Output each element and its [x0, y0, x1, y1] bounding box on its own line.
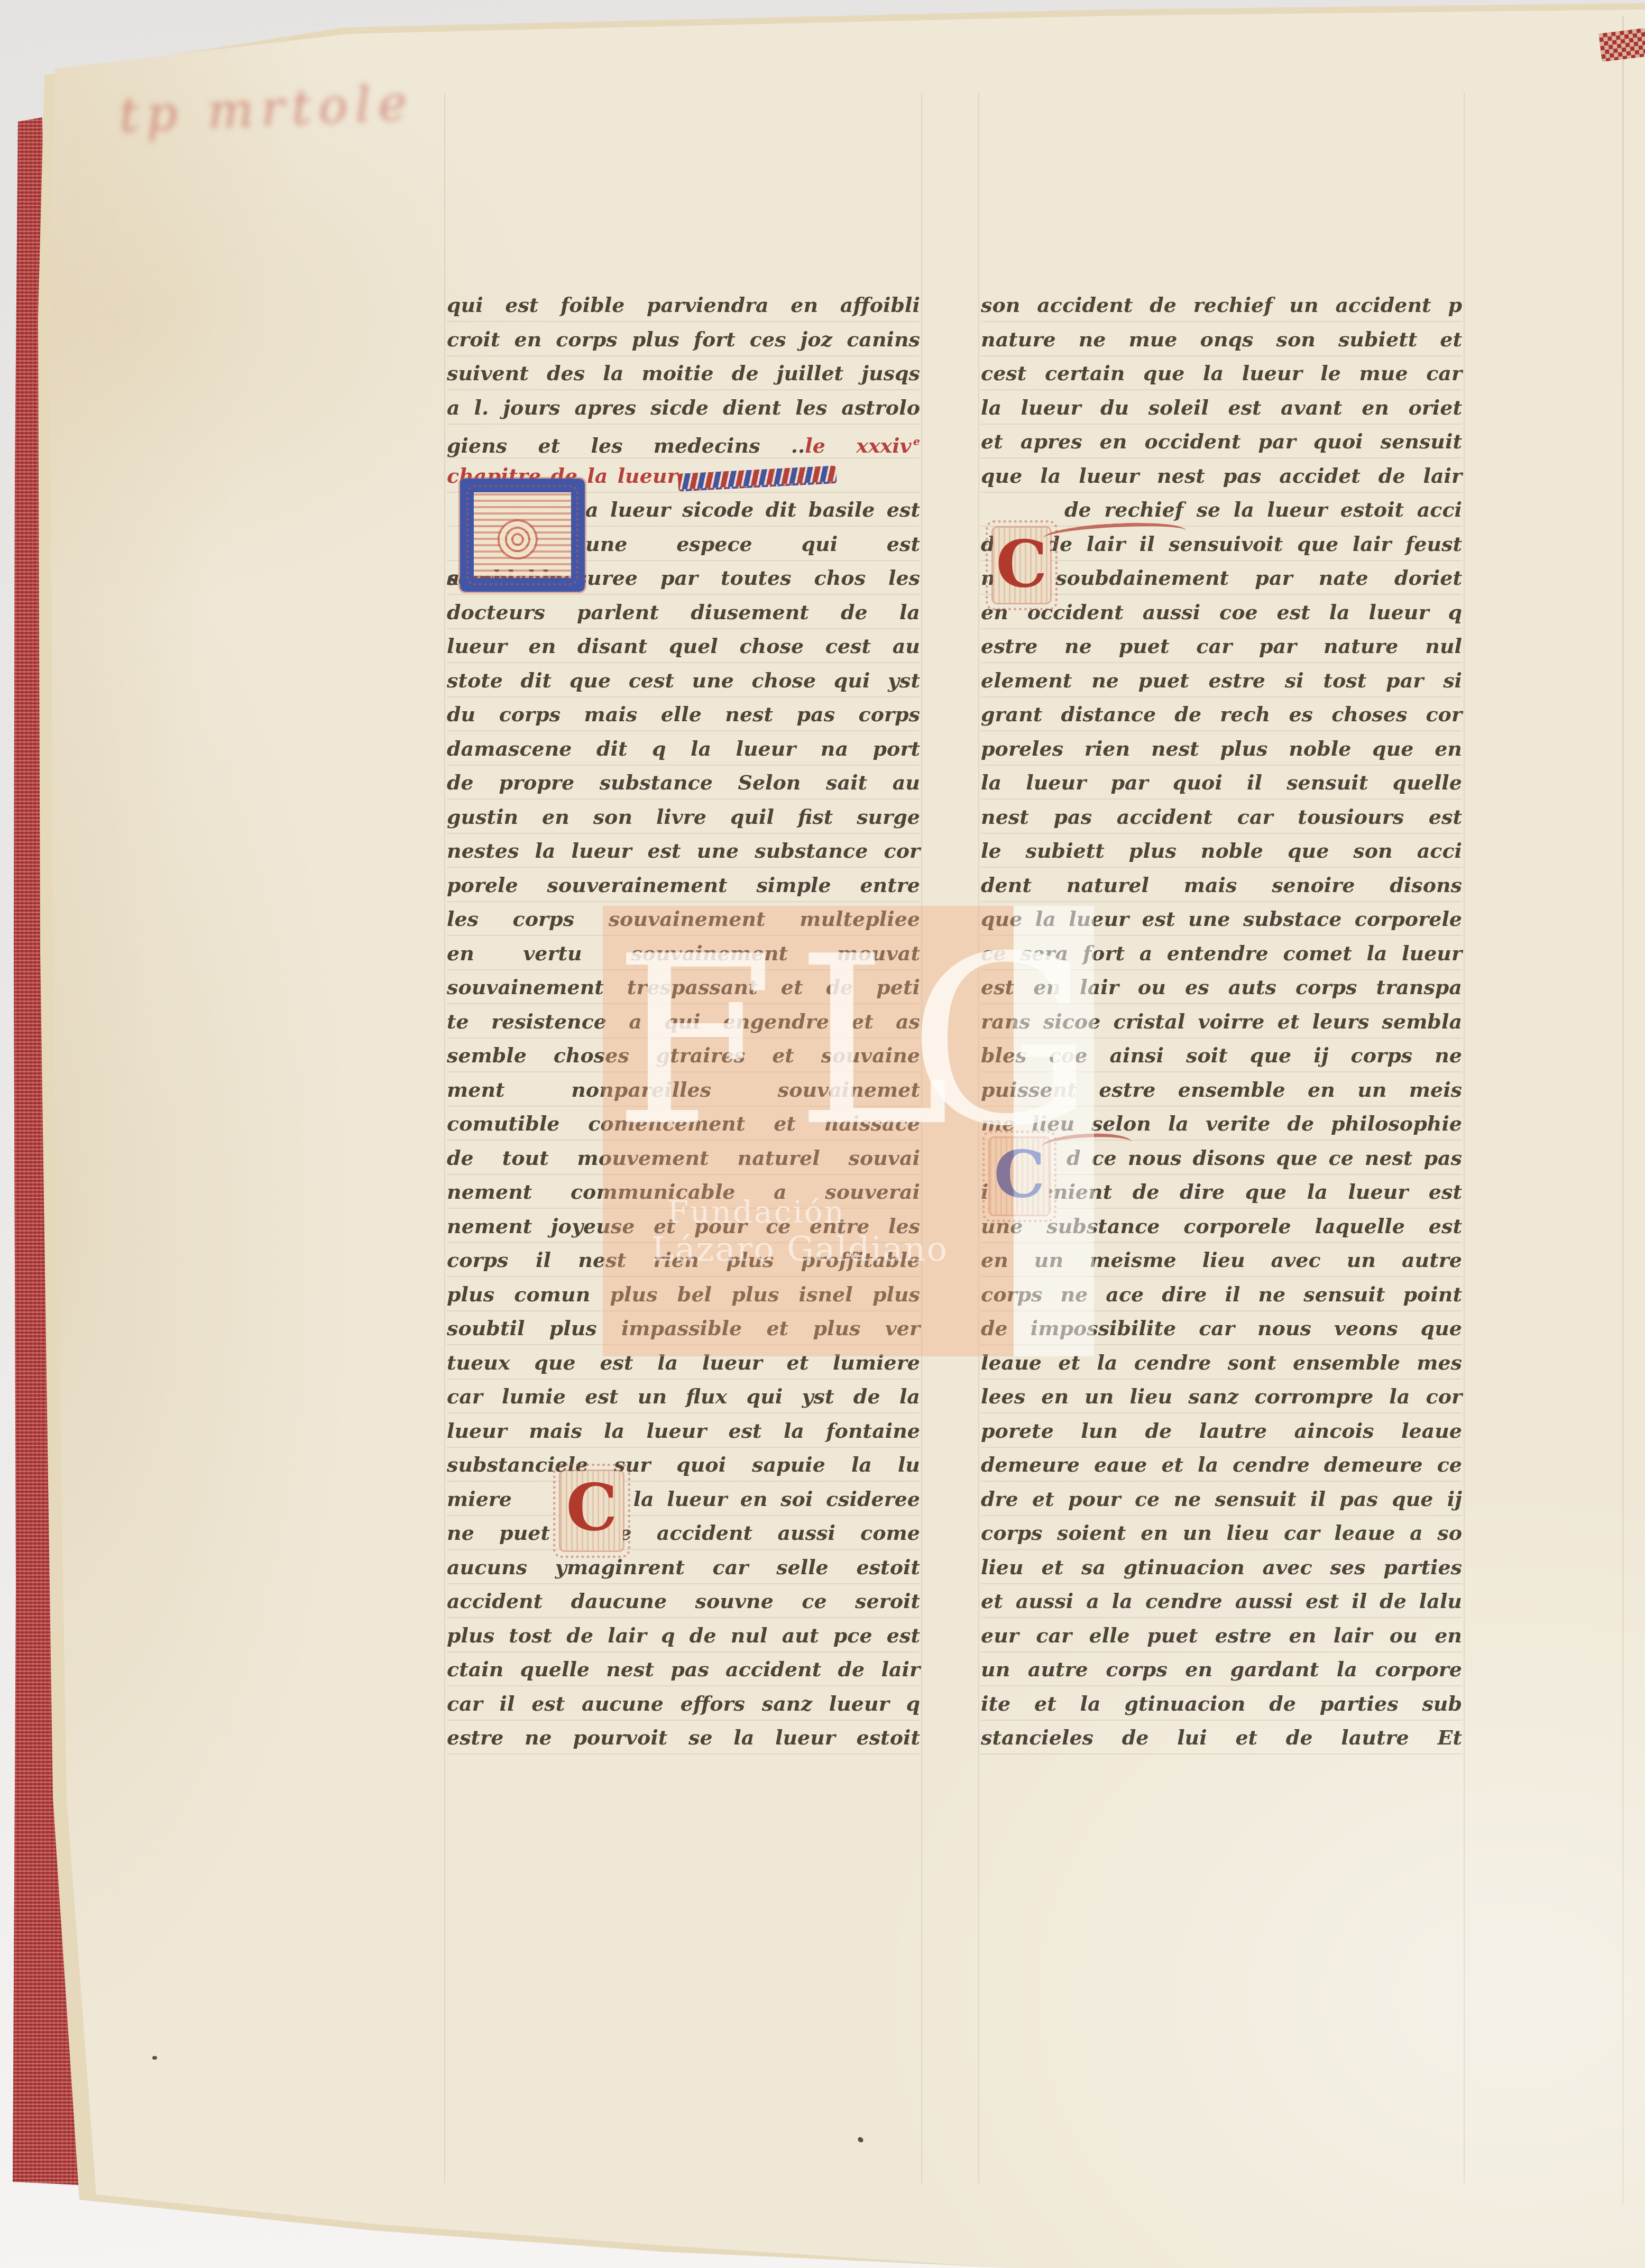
- text-segment: corps soient en un lieu car leaue a so: [981, 1521, 1462, 1545]
- manuscript-photo: tp mrtole qui est foible parviendra en a…: [0, 0, 1645, 2268]
- text-segment: poreles rien nest plus noble que en: [981, 737, 1462, 760]
- text-line: nest pas accident car tousiours est: [981, 800, 1462, 834]
- text-segment: suivent des la moitie de juillet jusqs: [447, 361, 920, 385]
- text-line: corps soient en un lieu car leaue a so: [981, 1516, 1462, 1550]
- text-segment: ce sera fort a entendre comet la lueur: [981, 941, 1462, 965]
- text-line: de impossibilite car nous veons que: [981, 1311, 1462, 1346]
- text-line: leaue et la cendre sont ensemble mes: [981, 1346, 1462, 1380]
- text-line: giens et les medecins ..le xxxive: [447, 425, 920, 459]
- text-segment: semble choses gtraires et souvaine: [447, 1043, 920, 1067]
- text-line: le subiett plus noble que son acci: [981, 834, 1462, 868]
- text-line: et apres en occident par quoi sensuit: [981, 425, 1462, 459]
- text-segment: puissent estre ensemble en un meis: [981, 1078, 1462, 1101]
- text-line: les corps souvainement multepliee: [447, 902, 920, 936]
- text-column-right: son accident de rechief un accident pnat…: [981, 288, 1462, 1755]
- text-line: de propre substance Selon sait au: [447, 766, 920, 800]
- text-segment: substanciele sur quoi sapuie la lu: [447, 1453, 920, 1476]
- text-segment: dent naturel mais senoire disons: [981, 873, 1462, 897]
- text-line: cest certain que la lueur le mue car: [981, 356, 1462, 391]
- text-line: demeure eaue et la cendre demeure ce: [981, 1448, 1462, 1482]
- text-segment: estre ne pourvoit se la lueur estoit: [447, 1725, 920, 1749]
- text-line: stancieles de lui et de lautre Et: [981, 1721, 1462, 1755]
- text-line: damascene dit q la lueur na port: [447, 732, 920, 766]
- text-line: estre ne puet car par nature nul: [981, 629, 1462, 664]
- illuminated-initial-C-red-left: C: [560, 1471, 623, 1550]
- text-segment: dre et pour ce ne sensuit il pas que ij: [981, 1487, 1462, 1511]
- text-line: semble choses gtraires et souvaine: [447, 1039, 920, 1073]
- text-line: nature ne mue onqs son subiett et: [981, 323, 1462, 357]
- text-segment: de tout mouvement naturel souvai: [447, 1146, 920, 1170]
- text-line: nement communicable a souverai: [447, 1175, 920, 1209]
- illuminated-initial-L: [460, 479, 585, 592]
- text-line: lees en un lieu sanz corrompre la cor: [981, 1380, 1462, 1414]
- text-segment: element ne puet estre si tost par si: [981, 668, 1462, 692]
- text-segment: stancieles de lui et de lautre Et: [981, 1725, 1462, 1749]
- text-segment: les corps souvainement multepliee: [447, 907, 920, 931]
- text-segment: ment nonpareilles souvainemet: [447, 1078, 920, 1101]
- text-segment: souvainement trespassant et de peti: [447, 975, 920, 999]
- ink-speck: [152, 2056, 157, 2060]
- ruling-line: [1464, 93, 1465, 2183]
- text-line: nestes la lueur est une substance cor: [447, 834, 920, 868]
- text-line: lieu et sa gtinuacion avec ses parties: [981, 1550, 1462, 1585]
- text-segment: e: [913, 435, 920, 448]
- text-segment: plus tost de lair q de nul aut pce est: [447, 1623, 920, 1647]
- text-segment: de impossibilite car nous veons que: [981, 1316, 1462, 1340]
- text-line: du corps mais elle nest pas corps: [447, 697, 920, 732]
- text-line: gustin en son livre quil fist surge: [447, 800, 920, 834]
- text-segment: la lueur en soi csideree: [633, 1487, 920, 1511]
- text-line: suivent des la moitie de juillet jusqs: [447, 356, 920, 391]
- text-line: de tout mouvement naturel souvai: [447, 1141, 920, 1176]
- text-segment: aucuns ymaginrent car selle estoit: [447, 1555, 920, 1579]
- text-line: nement joyeuse et pour ce entre les: [447, 1209, 920, 1244]
- text-segment: de rechief se la lueur estoit acci: [1064, 498, 1462, 521]
- text-segment: demeure eaue et la cendre demeure ce: [981, 1453, 1462, 1476]
- text-line: eur car elle puet estre en lair ou en: [981, 1619, 1462, 1653]
- text-segment: stote dit que cest une chose qui yst: [447, 668, 920, 692]
- text-segment: corps ne ace dire il ne sensuit point: [981, 1282, 1462, 1306]
- text-line: element ne puet estre si tost par si: [981, 664, 1462, 698]
- text-segment: en vertu souvainement mouvat: [447, 941, 920, 965]
- text-segment: la lueur du soleil est avant en oriet: [981, 396, 1462, 419]
- text-line: souvainement trespassant et de peti: [447, 970, 920, 1005]
- text-segment: du corps mais elle nest pas corps: [447, 702, 920, 726]
- text-segment: en un meisme lieu avec un autre: [981, 1248, 1462, 1272]
- initial-letter: C: [560, 1471, 623, 1543]
- initial-letter: C: [990, 1138, 1049, 1210]
- text-segment: grant distance de rech es choses cor: [981, 702, 1462, 726]
- text-line: car il est aucune effors sanz lueur q: [447, 1687, 920, 1721]
- illuminated-initial-C-blue-right: C: [990, 1138, 1049, 1215]
- text-segment: soubtil plus impassible et plus ver: [447, 1316, 920, 1340]
- text-segment: lieu et sa gtinuacion avec ses parties: [981, 1555, 1462, 1579]
- text-line: soubtil plus impassible et plus ver: [447, 1311, 920, 1346]
- text-segment: a l. jours apres sicde dient les astrolo: [447, 396, 920, 419]
- text-line: que la lueur nest pas accidet de lair: [981, 459, 1462, 493]
- text-segment: te resistence a qui engendre et as: [447, 1009, 920, 1033]
- text-line: en un meisme lieu avec un autre: [981, 1243, 1462, 1278]
- text-segment: comutible comencement et naissace: [447, 1112, 920, 1135]
- text-segment: le subiett plus noble que son acci: [981, 839, 1462, 862]
- text-line: lueur en disant quel chose cest au: [447, 629, 920, 664]
- text-segment: cest certain que la lueur le mue car: [981, 361, 1462, 385]
- illuminated-initial-C-red-right: C: [993, 528, 1050, 603]
- text-segment: a lueur sicode dit basile est: [585, 498, 920, 521]
- text-segment: que la lueur est une substace corporele: [981, 907, 1462, 931]
- text-segment: gustin en son livre quil fist surge: [447, 805, 920, 829]
- text-line: plus tost de lair q de nul aut pce est: [447, 1619, 920, 1653]
- ruling-line: [921, 93, 922, 2183]
- text-line: a l. jours apres sicde dient les astrolo: [447, 391, 920, 425]
- text-segment: qui est foible parviendra en affoibli: [447, 293, 920, 317]
- text-segment: un autre corps en gardant la corpore: [981, 1657, 1462, 1681]
- text-segment: ite et la gtinuacion de parties sub: [981, 1692, 1462, 1715]
- text-line: miere la lueur en soi csideree: [447, 1482, 920, 1517]
- text-line: en vertu souvainement mouvat: [447, 936, 920, 971]
- text-segment: lueur mais la lueur est la fontaine: [447, 1419, 920, 1443]
- text-line: ctain quelle nest pas accident de lair: [447, 1652, 920, 1687]
- page-crease: [1622, 16, 1624, 2205]
- text-line: aucuns ymaginrent car selle estoit: [447, 1550, 920, 1585]
- text-segment: lees en un lieu sanz corrompre la cor: [981, 1384, 1462, 1408]
- text-line: tueux que est la lueur et lumiere: [447, 1346, 920, 1380]
- text-line: plus comun plus bel plus isnel plus: [447, 1278, 920, 1312]
- text-segment: et apres en occident par quoi sensuit: [981, 429, 1462, 453]
- text-line: grant distance de rech es choses cor: [981, 697, 1462, 732]
- text-segment: la lueur par quoi il sensuit quelle: [981, 770, 1462, 794]
- text-segment: estre ne puet car par nature nul: [981, 634, 1462, 658]
- text-line: et aussi a la cendre aussi est il de lal…: [981, 1584, 1462, 1619]
- text-line: dre et pour ce ne sensuit il pas que ij: [981, 1482, 1462, 1517]
- text-segment: car lumie est un flux qui yst de la: [447, 1384, 920, 1408]
- text-segment: miere: [447, 1487, 525, 1511]
- text-line: bles coe ainsi soit que ij corps ne: [981, 1039, 1462, 1073]
- text-segment: porete lun de lautre aincois leaue: [981, 1419, 1462, 1443]
- text-segment: tueux que est la lueur et lumiere: [447, 1351, 920, 1374]
- text-line: stote dit que cest une chose qui yst: [447, 664, 920, 698]
- text-line: est en lair ou es auts corps transpa: [981, 970, 1462, 1005]
- text-line: que la lueur est une substace corporele: [981, 902, 1462, 936]
- text-segment: nest pas accident car tousiours est: [981, 805, 1462, 829]
- text-line: un autre corps en gardant la corpore: [981, 1652, 1462, 1687]
- text-segment: et aussi a la cendre aussi est il de lal…: [981, 1589, 1462, 1613]
- text-segment: que la lueur nest pas accidet de lair: [981, 464, 1462, 488]
- text-segment: est en lair ou es auts corps transpa: [981, 975, 1462, 999]
- text-line: croit en corps plus fort ces joz canins: [447, 323, 920, 357]
- text-line: docteurs parlent diusement de la: [447, 595, 920, 630]
- text-line: puissent estre ensemble en un meis: [981, 1073, 1462, 1107]
- text-line: poreles rien nest plus noble que en: [981, 732, 1462, 766]
- ruling-line: [978, 93, 979, 2183]
- text-segment: leaue et la cendre sont ensemble mes: [981, 1351, 1462, 1374]
- line-filler-ornament: [677, 465, 837, 492]
- text-line: ment nonpareilles souvainemet: [447, 1073, 920, 1107]
- text-segment: car il est aucune effors sanz lueur q: [447, 1692, 920, 1715]
- text-segment: nement joyeuse et pour ce entre les: [447, 1214, 920, 1238]
- text-segment: rans sicoe cristal voirre et leurs sembl…: [981, 1009, 1462, 1033]
- text-segment: corps il nest rien plus proffitable: [447, 1248, 920, 1272]
- text-line: substanciele sur quoi sapuie la lu: [447, 1448, 920, 1482]
- text-line: son accident de rechief un accident p: [981, 288, 1462, 323]
- text-segment: lueur en disant quel chose cest au: [447, 634, 920, 658]
- text-segment: croit en corps plus fort ces joz canins: [447, 327, 920, 351]
- text-line: ne puet estre accident aussi come: [447, 1516, 920, 1550]
- text-segment: nement communicable a souverai: [447, 1180, 920, 1204]
- text-line: lueur mais la lueur est la fontaine: [447, 1414, 920, 1448]
- text-line: la lueur du soleil est avant en oriet: [981, 391, 1462, 425]
- text-segment: docteurs parlent diusement de la: [447, 600, 920, 624]
- text-segment: son accident de rechief un accident p: [981, 293, 1462, 317]
- text-line: ce sera fort a entendre comet la lueur: [981, 936, 1462, 971]
- text-segment: ctain quelle nest pas accident de lair: [447, 1657, 920, 1681]
- text-line: car lumie est un flux qui yst de la: [447, 1380, 920, 1414]
- text-line: corps il nest rien plus proffitable: [447, 1243, 920, 1278]
- text-segment: nestes la lueur est une substance cor: [447, 839, 920, 862]
- initial-letter: C: [993, 528, 1050, 600]
- text-line: te resistence a qui engendre et as: [447, 1005, 920, 1039]
- text-segment: accident daucune souvne ce seroit: [447, 1589, 920, 1613]
- text-line: ite et la gtinuacion de parties sub: [981, 1687, 1462, 1721]
- text-segment: eur car elle puet estre en lair ou en: [981, 1623, 1462, 1647]
- text-line: accident daucune souvne ce seroit: [447, 1584, 920, 1619]
- text-segment: ne puet estre accident aussi come: [447, 1521, 920, 1545]
- text-line: rans sicoe cristal voirre et leurs sembl…: [981, 1005, 1462, 1039]
- binding-cloth-tab: [1598, 28, 1645, 62]
- text-line: dent naturel mais senoire disons: [981, 868, 1462, 903]
- text-line: la lueur par quoi il sensuit quelle: [981, 766, 1462, 800]
- text-line: estre ne pourvoit se la lueur estoit: [447, 1721, 920, 1755]
- ruling-line: [444, 93, 445, 2183]
- text-segment: nature ne mue onqs son subiett et: [981, 327, 1462, 351]
- text-segment: damascene dit q la lueur na port: [447, 737, 920, 760]
- text-line: corps ne ace dire il ne sensuit point: [981, 1278, 1462, 1312]
- text-segment: de propre substance Selon sait au: [447, 770, 920, 794]
- text-segment: porele souverainement simple entre: [447, 873, 920, 897]
- text-line: qui est foible parviendra en affoibli: [447, 288, 920, 323]
- text-line: porete lun de lautre aincois leaue: [981, 1414, 1462, 1448]
- text-line: comutible comencement et naissace: [447, 1107, 920, 1141]
- text-segment: bles coe ainsi soit que ij corps ne: [981, 1043, 1462, 1067]
- text-segment: giens et les medecins ..: [447, 434, 805, 457]
- text-segment: [981, 516, 1064, 517]
- text-line: porele souverainement simple entre: [447, 868, 920, 903]
- text-segment: plus comun plus bel plus isnel plus: [447, 1282, 920, 1306]
- rubric-text: le xxxiv: [805, 434, 911, 457]
